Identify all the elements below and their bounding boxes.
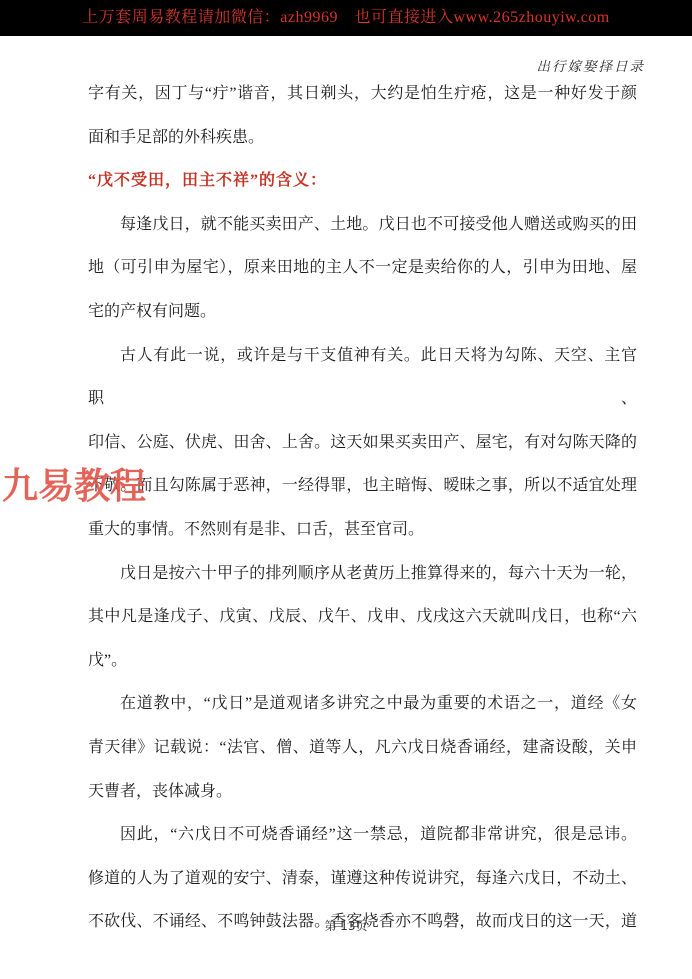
page-number: 第 13页 <box>0 917 692 934</box>
paragraph: 在道教中，“戊日”是道观诸多讲究之中最为重要的术语之一，道经《女青天律》记载说：… <box>88 682 637 813</box>
text-line: 印信、公庭、伏虎、田舍、上舍。这天如果买卖田产、屋宅，有对勾陈天降的 <box>88 421 637 465</box>
document-body: 字有关，因丁与“疔”谐音，其日剃头，大约是怕生疔疮，这是一种好发于颜面和手足部的… <box>88 72 637 944</box>
text-line: 宅的产权有问题。 <box>88 290 637 334</box>
text-line: 戊日是按六十甲子的排列顺序从老黄历上推算得来的，每六十天为一轮， <box>88 552 637 596</box>
text-line: 修道的人为了道观的安宁、清泰，谨遵这种传说讲究，每逢六戊日，不动土、 <box>88 857 637 901</box>
watermark: 九易教程 <box>2 464 146 508</box>
text-line: 因此，“六戊日不可烧香诵经”这一禁忌，道院都非常讲究，很是忌讳。 <box>88 813 637 857</box>
text-line: 古人有此一说，或许是与干支值神有关。此日天将为勾陈、天空、主官职、 <box>88 334 637 421</box>
text-line: 不敬。而且勾陈属于恶神，一经得罪，也主暗悔、暧昧之事，所以不适宜处理 <box>88 464 637 508</box>
text-line: 其中凡是逢戊子、戊寅、戊辰、戊午、戊申、戊戌这六天就叫戊日，也称“六 <box>88 595 637 639</box>
text-line: 每逢戊日，就不能买卖田产、土地。戊日也不可接受他人赠送或购买的田 <box>88 203 637 247</box>
text-line: 在道教中，“戊日”是道观诸多讲究之中最为重要的术语之一，道经《女 <box>88 682 637 726</box>
text-line: 字有关，因丁与“疔”谐音，其日剃头，大约是怕生疔疮，这是一种好发于颜 <box>88 72 637 116</box>
paragraph: 古人有此一说，或许是与干支值神有关。此日天将为勾陈、天空、主官职、印信、公庭、伏… <box>88 334 637 552</box>
text-line: 重大的事情。不然则有是非、口舌，甚至官司。 <box>88 508 637 552</box>
text-line: 天曹者，丧体减身。 <box>88 770 637 814</box>
paragraph: 每逢戊日，就不能买卖田产、土地。戊日也不可接受他人赠送或购买的田地（可引申为屋宅… <box>88 203 637 334</box>
text-line: 青天律》记载说：“法官、僧、道等人，凡六戊日烧香诵经，建斋设酸，关申 <box>88 726 637 770</box>
section-heading: “戊不受田，田主不祥”的含义： <box>88 159 637 203</box>
ad-banner: 上万套周易教程请加微信：azh9969 也可直接进入www.265zhouyiw… <box>0 0 692 36</box>
paragraph: 字有关，因丁与“疔”谐音，其日剃头，大约是怕生疔疮，这是一种好发于颜面和手足部的… <box>88 72 637 159</box>
heading-line: “戊不受田，田主不祥”的含义： <box>88 159 637 203</box>
document-page: 上万套周易教程请加微信：azh9969 也可直接进入www.265zhouyiw… <box>0 0 692 979</box>
paragraph: 戊日是按六十甲子的排列顺序从老黄历上推算得来的，每六十天为一轮，其中凡是逢戊子、… <box>88 552 637 683</box>
text-line: 戊”。 <box>88 639 637 683</box>
text-line: 地（可引申为屋宅），原来田地的主人不一定是卖给你的人，引申为田地、屋 <box>88 246 637 290</box>
ad-banner-text: 上万套周易教程请加微信：azh9969 也可直接进入www.265zhouyiw… <box>0 0 692 36</box>
text-line: 面和手足部的外科疾患。 <box>88 116 637 160</box>
